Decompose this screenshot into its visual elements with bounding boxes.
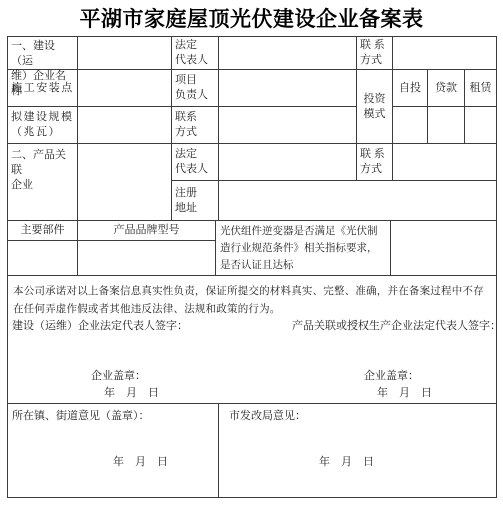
sign-left-label: 建设（运维）企业法定代表人签字：	[12, 319, 188, 333]
contact-blank-2	[219, 107, 357, 144]
city-opinion-label: 市发改局意见：	[229, 409, 306, 423]
main-parts-label: 主要部件	[8, 221, 78, 241]
brand-model-blank	[78, 241, 216, 276]
commitment-text: 本公司承诺对以上备案信息真实性负责，保证所提交的材料真实、完整、准确，并在备案过…	[13, 283, 491, 319]
sign-right-label: 产品关联或授权生产企业法定代表人签字：	[292, 319, 501, 333]
registered-address-blank	[219, 181, 496, 221]
investment-lease-blank	[465, 107, 496, 144]
date-right: 年 月 日	[377, 386, 432, 400]
city-opinion-cell: 市发改局意见： 年 月 日	[219, 404, 496, 497]
form-title: 平湖市家庭屋顶光伏建设企业备案表	[0, 3, 503, 33]
scale-label: 拟建设规模 （兆瓦）	[8, 107, 78, 144]
legal-rep-blank-1	[219, 37, 357, 70]
investment-mode-label: 投资 模式	[357, 70, 393, 144]
install-site-label: 施工安装点	[8, 70, 78, 107]
related-enterprise-blank	[78, 144, 172, 221]
legal-rep-blank-2	[219, 144, 357, 181]
legal-rep-label-1: 法定 代表人	[172, 37, 219, 70]
city-opinion-date: 年 月 日	[319, 455, 374, 469]
scale-blank	[78, 107, 172, 144]
contact-blank-3	[393, 144, 496, 181]
install-site-blank	[78, 70, 172, 107]
pv-compliance-question: 光伏组件逆变器是否满足《光伏制造行业规范条件》相关指标要求，是否认证且达标	[216, 221, 391, 276]
contact-blank-1	[393, 37, 496, 70]
project-manager-blank	[219, 70, 357, 107]
contact-label-1: 联 系 方式	[357, 37, 393, 70]
investment-loan-blank	[428, 107, 465, 144]
commitment-section: 本公司承诺对以上备案信息真实性负责，保证所提交的材料真实、完整、准确，并在备案过…	[8, 276, 496, 404]
form-page: 平湖市家庭屋顶光伏建设企业备案表 一、建设（运 维）企业名称 法定 代表人 联 …	[0, 0, 503, 507]
town-opinion-label: 所在镇、街道意见（盖章）：	[12, 409, 150, 423]
brand-model-label: 产品品牌型号	[78, 221, 216, 241]
contact-label-3: 联 系 方式	[357, 144, 393, 181]
investment-option-lease: 租赁	[465, 70, 496, 107]
section2-label: 二、产品关联 企业	[8, 144, 78, 221]
seal-right-label: 企业盖章：	[364, 369, 419, 383]
investment-option-self: 自投	[393, 70, 428, 107]
investment-self-blank	[393, 107, 428, 144]
date-left: 年 月 日	[104, 386, 159, 400]
project-manager-label: 项目 负责人	[172, 70, 219, 107]
investment-option-loan: 贷款	[428, 70, 465, 107]
main-parts-blank	[8, 241, 78, 276]
section1-label: 一、建设（运 维）企业名称	[8, 37, 78, 70]
registered-address-label: 注册 地址	[172, 181, 219, 221]
town-opinion-cell: 所在镇、街道意见（盖章）： 年 月 日	[8, 404, 219, 497]
town-opinion-date: 年 月 日	[113, 455, 168, 469]
legal-rep-label-2: 法定 代表人	[172, 144, 219, 181]
pv-compliance-blank	[391, 221, 496, 276]
seal-left-label: 企业盖章：	[91, 369, 146, 383]
form-table: 一、建设（运 维）企业名称 法定 代表人 联 系 方式 施工安装点 项目 负责人…	[7, 36, 497, 498]
contact-label-2: 联系 方式	[172, 107, 219, 144]
enterprise-name-blank	[78, 37, 172, 70]
